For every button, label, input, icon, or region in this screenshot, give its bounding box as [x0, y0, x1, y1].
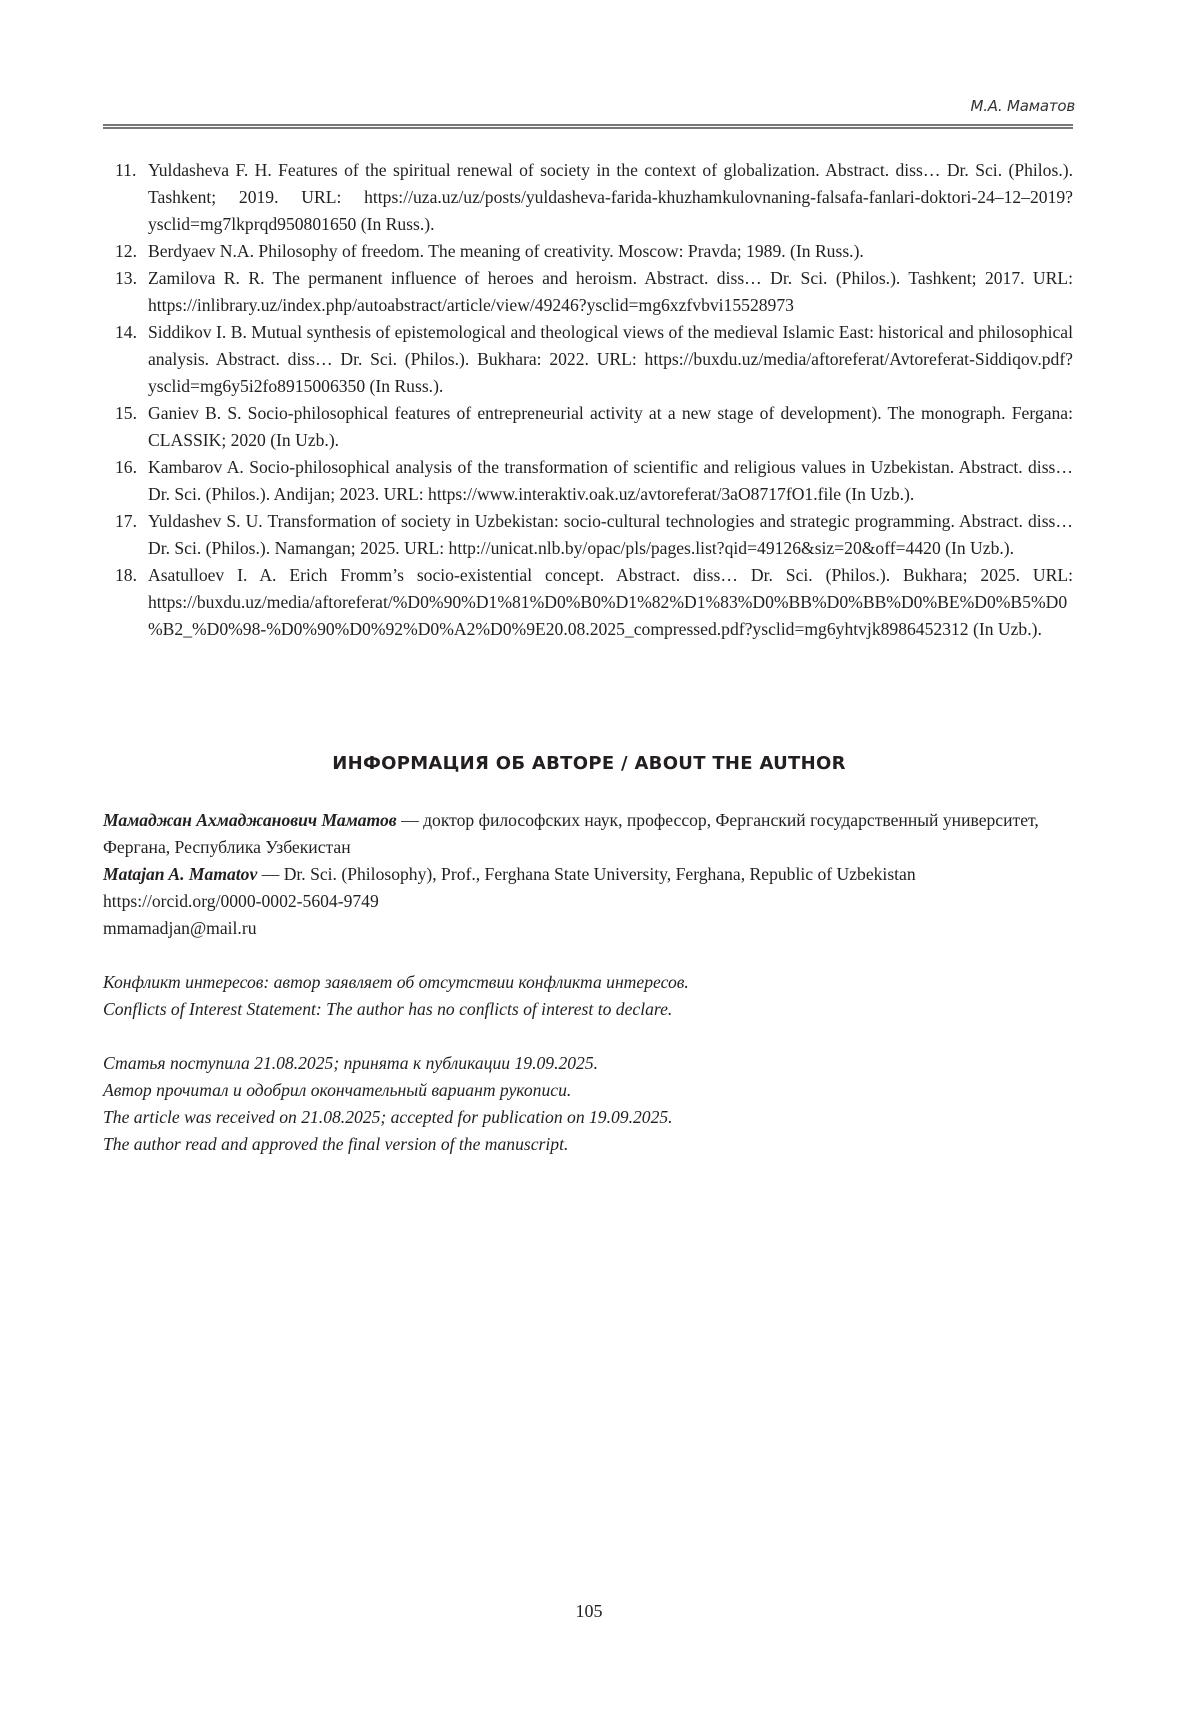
reference-item: 18. Asatulloev I. A. Erich Fromm’s socio… — [103, 562, 1073, 643]
reference-item: 11. Yuldasheva F. H. Features of the spi… — [103, 157, 1073, 238]
dates-approved-en: The author read and approved the final v… — [103, 1131, 1078, 1158]
dates-approved-ru: Автор прочитал и одобрил окончательный в… — [103, 1077, 1078, 1104]
reference-text: Yuldasheva F. H. Features of the spiritu… — [148, 160, 1073, 234]
author-en: Matajan A. Mamatov — Dr. Sci. (Philosoph… — [103, 861, 1078, 888]
author-name-ru: Мамаджан Ахмаджанович Маматов — [103, 810, 397, 830]
reference-text: Yuldashev S. U. Transformation of societ… — [148, 511, 1073, 558]
reference-text: Berdyaev N.A. Philosophy of freedom. The… — [148, 241, 864, 261]
reference-number: 17. — [115, 508, 137, 535]
author-name-en: Matajan A. Mamatov — [103, 864, 257, 884]
reference-number: 15. — [115, 400, 137, 427]
running-head-author: М.А. Маматов — [970, 97, 1075, 115]
conflicts-statement: Конфликт интересов: автор заявляет об от… — [103, 969, 1078, 1023]
reference-list: 11. Yuldasheva F. H. Features of the spi… — [103, 157, 1073, 643]
reference-text: Asatulloev I. A. Erich Fromm’s socio-exi… — [148, 565, 1073, 639]
about-author-heading: ИНФОРМАЦИЯ ОБ АВТОРЕ / ABOUT THE AUTHOR — [0, 753, 1178, 774]
reference-number: 16. — [115, 454, 137, 481]
reference-item: 13. Zamilova R. R. The permanent influen… — [103, 265, 1073, 319]
reference-number: 12. — [115, 238, 137, 265]
reference-item: 16. Kambarov A. Socio-philosophical anal… — [103, 454, 1073, 508]
reference-text: Kambarov A. Socio-philosophical analysis… — [148, 457, 1073, 504]
dates-received-en: The article was received on 21.08.2025; … — [103, 1104, 1078, 1131]
author-orcid-link[interactable]: https://orcid.org/0000-0002-5604-9749 — [103, 888, 1078, 915]
reference-number: 14. — [115, 319, 137, 346]
author-info: Мамаджан Ахмаджанович Маматов — доктор ф… — [103, 807, 1078, 942]
reference-number: 18. — [115, 562, 137, 589]
reference-item: 17. Yuldashev S. U. Transformation of so… — [103, 508, 1073, 562]
reference-number: 13. — [115, 265, 137, 292]
page-number: 105 — [0, 1601, 1178, 1622]
reference-item: 15. Ganiev B. S. Socio-philosophical fea… — [103, 400, 1073, 454]
reference-item: 12. Berdyaev N.A. Philosophy of freedom.… — [103, 238, 1073, 265]
reference-number: 11. — [115, 157, 136, 184]
conflicts-ru: Конфликт интересов: автор заявляет об от… — [103, 969, 1078, 996]
header-double-rule — [103, 124, 1073, 129]
author-email-link[interactable]: mmamadjan@mail.ru — [103, 915, 1078, 942]
reference-text: Ganiev B. S. Socio-philosophical feature… — [148, 403, 1073, 450]
author-ru: Мамаджан Ахмаджанович Маматов — доктор ф… — [103, 807, 1078, 861]
conflicts-en: Conflicts of Interest Statement: The aut… — [103, 996, 1078, 1023]
reference-text: Zamilova R. R. The permanent influence o… — [148, 268, 1073, 315]
author-desc-en: — Dr. Sci. (Philosophy), Prof., Ferghana… — [257, 864, 915, 884]
dates-received-ru: Статья поступила 21.08.2025; принята к п… — [103, 1050, 1078, 1077]
reference-text: Siddikov I. B. Mutual synthesis of epist… — [148, 322, 1073, 396]
reference-item: 14. Siddikov I. B. Mutual synthesis of e… — [103, 319, 1073, 400]
article-dates: Статья поступила 21.08.2025; принята к п… — [103, 1050, 1078, 1158]
